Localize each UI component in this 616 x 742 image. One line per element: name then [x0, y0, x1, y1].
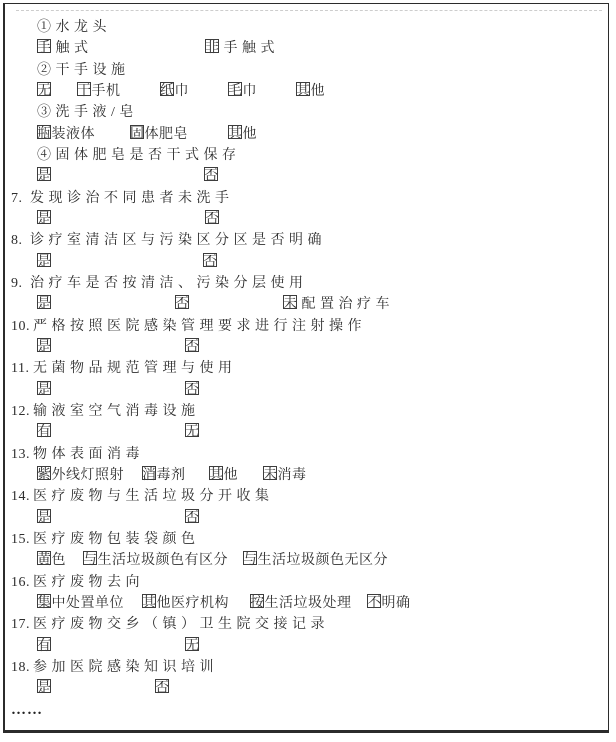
checkbox-label: 与生活垃圾颜色有区分	[83, 553, 228, 568]
options-line: 手触式非手触式	[0, 38, 612, 59]
checkbox[interactable]	[228, 82, 242, 96]
checkbox[interactable]	[205, 210, 219, 224]
options-line: 无干手机纸巾毛巾其他	[0, 81, 612, 102]
checkbox[interactable]	[37, 210, 51, 224]
question-line: 8.诊疗室清洁区与污染区分区是否明确	[0, 230, 612, 251]
checkbox[interactable]	[37, 125, 51, 139]
checkbox-option: 有	[37, 636, 56, 657]
question-number: 13.	[11, 444, 30, 465]
subquestion-text: ②干手设施	[37, 60, 130, 81]
checkbox-option: 毛巾	[228, 81, 257, 102]
options-line: 是否未配置治疗车	[0, 294, 612, 315]
checkbox[interactable]	[37, 167, 51, 181]
checkbox[interactable]	[142, 594, 156, 608]
checkbox-option: 否	[205, 209, 224, 230]
checkbox-option: 按生活垃圾处理	[250, 593, 352, 614]
question-number: 18.	[11, 657, 30, 678]
question-number: 17.	[11, 614, 30, 635]
checkbox-option: 不明确	[367, 593, 411, 614]
options-line: 是否	[0, 209, 612, 230]
question-number: 11.	[11, 358, 29, 379]
checkbox[interactable]	[263, 466, 277, 480]
checkbox-option: 是	[37, 294, 56, 315]
checkbox[interactable]	[185, 338, 199, 352]
checkbox[interactable]	[185, 381, 199, 395]
question-number: 16.	[11, 572, 30, 593]
checkbox-option: 非手触式	[205, 38, 279, 59]
checkbox-label: 按生活垃圾处理	[250, 596, 352, 611]
checkbox[interactable]	[243, 551, 257, 565]
question-text: 医疗废物去向	[33, 572, 144, 593]
question-text: 发现诊治不同患者未洗手	[30, 188, 234, 209]
subquestion-line: ④固体肥皂是否干式保存	[0, 145, 612, 166]
checkbox-option: 是	[37, 337, 56, 358]
options-line: 是否	[0, 337, 612, 358]
question-text: 医疗废物交乡（镇）卫生院交接记录	[33, 614, 329, 635]
checkbox[interactable]	[77, 82, 91, 96]
question-line: 13.物体表面消毒	[0, 444, 612, 465]
checkbox-option: 手触式	[37, 38, 93, 59]
checkbox-option: 是	[37, 380, 56, 401]
checkbox[interactable]	[283, 295, 297, 309]
checkbox[interactable]	[37, 466, 51, 480]
checkbox[interactable]	[37, 39, 51, 53]
checkbox[interactable]	[37, 381, 51, 395]
question-text: 输液室空气消毒设施	[33, 401, 200, 422]
checkbox-option: 无	[37, 81, 52, 102]
question-text: 诊疗室清洁区与污染区分区是否明确	[30, 230, 326, 251]
options-line: 黄色与生活垃圾颜色有区分与生活垃圾颜色无区分	[0, 550, 612, 571]
checkbox-option: 其他医疗机构	[142, 593, 229, 614]
checkbox-option: 其他	[296, 81, 325, 102]
question-text: 物体表面消毒	[33, 444, 144, 465]
checkbox-option: 黄色	[37, 550, 66, 571]
options-line: 有无	[0, 636, 612, 657]
subquestion-text: ③洗手液/皂	[37, 102, 138, 123]
question-line: 12.输液室空气消毒设施	[0, 401, 612, 422]
checkbox[interactable]	[37, 82, 51, 96]
subquestion-line: ③洗手液/皂	[0, 102, 612, 123]
checkbox[interactable]	[250, 594, 264, 608]
question-text: 无菌物品规范管理与使用	[33, 358, 237, 379]
question-text: 医疗废物包装袋颜色	[33, 529, 200, 550]
checkbox-option: 无	[185, 422, 204, 443]
checkbox-option: 干手机	[77, 81, 121, 102]
checkbox[interactable]	[185, 509, 199, 523]
checkbox[interactable]	[209, 466, 223, 480]
checkbox-option: 与生活垃圾颜色无区分	[243, 550, 388, 571]
checkbox[interactable]	[37, 679, 51, 693]
checkbox-option: 否	[155, 678, 174, 699]
checkbox[interactable]	[37, 253, 51, 267]
checkbox-option: 是	[37, 252, 56, 273]
checkbox-label: 与生活垃圾颜色无区分	[243, 553, 388, 568]
checkbox-option: 是	[37, 678, 56, 699]
question-line: 14.医疗废物与生活垃圾分开收集	[0, 486, 612, 507]
options-line: 紫外线灯照射消毒剂其他未消毒	[0, 465, 612, 486]
ellipsis-text: ……	[11, 700, 43, 721]
options-line: 是否	[0, 508, 612, 529]
question-number: 15.	[11, 529, 30, 550]
options-line: 瓶装液体固体肥皂其他	[0, 124, 612, 145]
checkbox-option: 无	[185, 636, 204, 657]
checkbox[interactable]	[37, 594, 51, 608]
options-line: 有无	[0, 422, 612, 443]
options-line: 是否	[0, 166, 612, 187]
checkbox-option: 与生活垃圾颜色有区分	[83, 550, 228, 571]
options-line: 集中处置单位其他医疗机构按生活垃圾处理不明确	[0, 593, 612, 614]
checkbox-option: 是	[37, 166, 56, 187]
checkbox[interactable]	[160, 82, 174, 96]
question-line: 11.无菌物品规范管理与使用	[0, 358, 612, 379]
question-number: 8.	[11, 230, 23, 251]
checkbox[interactable]	[228, 125, 242, 139]
checkbox[interactable]	[185, 423, 199, 437]
checkbox[interactable]	[83, 551, 97, 565]
document-page: ①水龙头手触式非手触式②干手设施无干手机纸巾毛巾其他③洗手液/皂瓶装液体固体肥皂…	[0, 0, 616, 742]
question-text: 参加医院感染知识培训	[33, 657, 218, 678]
checkbox[interactable]	[175, 295, 189, 309]
checkbox[interactable]	[37, 637, 51, 651]
checkbox-option: 是	[37, 508, 56, 529]
checkbox-option: 是	[37, 209, 56, 230]
checkbox-option: 有	[37, 422, 56, 443]
checkbox-option: 否	[185, 508, 204, 529]
checkbox[interactable]	[37, 551, 51, 565]
checkbox-option: 未消毒	[263, 465, 307, 486]
checkbox-option: 未配置治疗车	[283, 294, 394, 315]
checkbox[interactable]	[204, 167, 218, 181]
checkbox-option: 纸巾	[160, 81, 189, 102]
scan-artifact-line	[16, 10, 602, 11]
checkbox[interactable]	[142, 466, 156, 480]
checkbox[interactable]	[367, 594, 381, 608]
subquestion-line: ②干手设施	[0, 60, 612, 81]
question-line: 9.治疗车是否按清洁、污染分层使用	[0, 273, 612, 294]
checkbox[interactable]	[130, 125, 144, 139]
options-line: 是否	[0, 252, 612, 273]
checkbox-option: 紫外线灯照射	[37, 465, 124, 486]
checkbox[interactable]	[185, 637, 199, 651]
checkbox-option: 消毒剂	[142, 465, 186, 486]
checkbox-option: 其他	[228, 124, 257, 145]
question-line: 17.医疗废物交乡（镇）卫生院交接记录	[0, 614, 612, 635]
checkbox-option: 固体肥皂	[130, 124, 188, 145]
ellipsis-line: ……	[0, 700, 612, 721]
question-text: 治疗车是否按清洁、污染分层使用	[30, 273, 308, 294]
question-text: 严格按照医院感染管理要求进行注射操作	[33, 316, 366, 337]
checkbox-option: 否	[175, 294, 194, 315]
checkbox[interactable]	[37, 509, 51, 523]
checkbox[interactable]	[37, 295, 51, 309]
subquestion-line: ①水龙头	[0, 17, 612, 38]
question-line: 15.医疗废物包装袋颜色	[0, 529, 612, 550]
checkbox[interactable]	[37, 338, 51, 352]
question-line: 7.发现诊治不同患者未洗手	[0, 188, 612, 209]
question-number: 7.	[11, 188, 23, 209]
checkbox[interactable]	[37, 423, 51, 437]
question-number: 10.	[11, 316, 30, 337]
checkbox[interactable]	[155, 679, 169, 693]
subquestion-text: ①水龙头	[37, 17, 111, 38]
question-number: 12.	[11, 401, 30, 422]
checkbox-option: 否	[204, 166, 223, 187]
checkbox[interactable]	[203, 253, 217, 267]
checkbox-label: 未配置治疗车	[283, 297, 394, 312]
checkbox-option: 否	[203, 252, 222, 273]
checkbox[interactable]	[296, 82, 310, 96]
question-number: 14.	[11, 486, 30, 507]
question-text: 医疗废物与生活垃圾分开收集	[33, 486, 274, 507]
question-line: 18.参加医院感染知识培训	[0, 657, 612, 678]
checkbox-option: 否	[185, 380, 204, 401]
checkbox-option: 瓶装液体	[37, 124, 95, 145]
options-line: 是否	[0, 380, 612, 401]
checkbox[interactable]	[205, 39, 219, 53]
question-line: 16.医疗废物去向	[0, 572, 612, 593]
subquestion-text: ④固体肥皂是否干式保存	[37, 145, 241, 166]
checkbox-option: 否	[185, 337, 204, 358]
checkbox-option: 其他	[209, 465, 238, 486]
question-number: 9.	[11, 273, 23, 294]
options-line: 是否	[0, 678, 612, 699]
question-line: 10.严格按照医院感染管理要求进行注射操作	[0, 316, 612, 337]
checkbox-option: 集中处置单位	[37, 593, 124, 614]
